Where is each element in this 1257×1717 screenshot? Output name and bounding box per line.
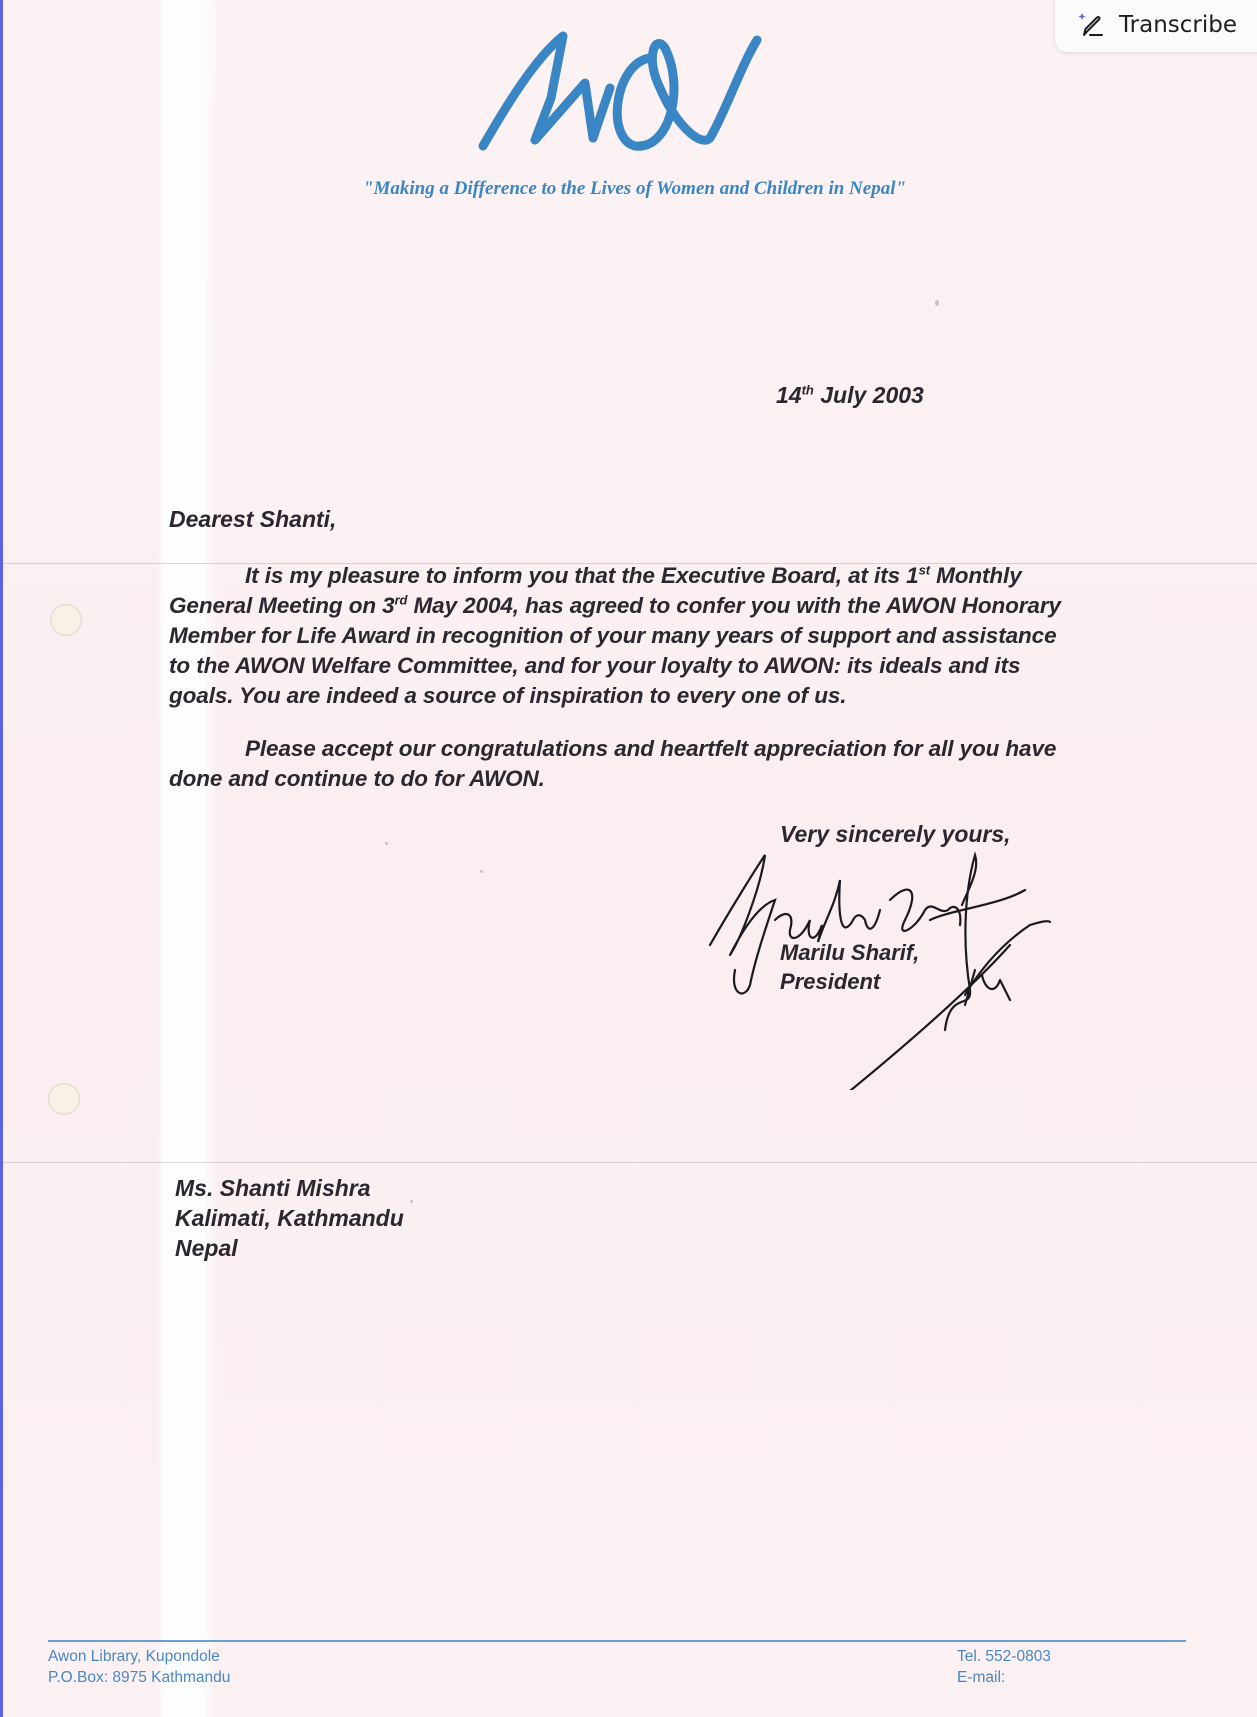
footer-tel: Tel. 552-0803 <box>957 1646 1051 1667</box>
closing: Very sincerely yours, <box>780 821 1011 848</box>
footer-email: E-mail: <box>957 1667 1051 1688</box>
footer-divider <box>48 1640 1186 1642</box>
salutation: Dearest Shanti, <box>169 506 336 533</box>
awon-logo <box>475 28 765 158</box>
punch-hole <box>50 604 82 636</box>
recipient-city: Kalimati, Kathmandu <box>175 1203 404 1233</box>
recipient-name: Ms. Shanti Mishra <box>175 1173 404 1203</box>
letter-date: 14th July 2003 <box>776 382 924 409</box>
pen-sparkle-icon <box>1077 11 1105 39</box>
recipient-address: Ms. Shanti Mishra Kalimati, Kathmandu Ne… <box>175 1173 404 1263</box>
footer-contact: Tel. 552-0803 E-mail: <box>957 1646 1051 1688</box>
recipient-country: Nepal <box>175 1233 404 1263</box>
punch-hole <box>48 1083 80 1115</box>
signatory-title: President <box>780 967 919 996</box>
body-paragraph-2: Please accept our congratulations and he… <box>169 734 1079 794</box>
signatory: Marilu Sharif, President <box>780 938 919 996</box>
letter-body: It is my pleasure to inform you that the… <box>169 561 1079 817</box>
body-paragraph-1: It is my pleasure to inform you that the… <box>169 561 1079 711</box>
footer-address-line: P.O.Box: 8975 Kathmandu <box>48 1667 230 1688</box>
paper-fold-line <box>3 1162 1257 1163</box>
footer-address-line: Awon Library, Kupondole <box>48 1646 230 1667</box>
transcribe-label: Transcribe <box>1119 12 1237 38</box>
footer-address: Awon Library, Kupondole P.O.Box: 8975 Ka… <box>48 1646 230 1688</box>
signatory-name: Marilu Sharif, <box>780 938 919 967</box>
transcribe-button[interactable]: Transcribe <box>1055 0 1257 52</box>
letterhead-tagline: "Making a Difference to the Lives of Wom… <box>0 178 1257 200</box>
